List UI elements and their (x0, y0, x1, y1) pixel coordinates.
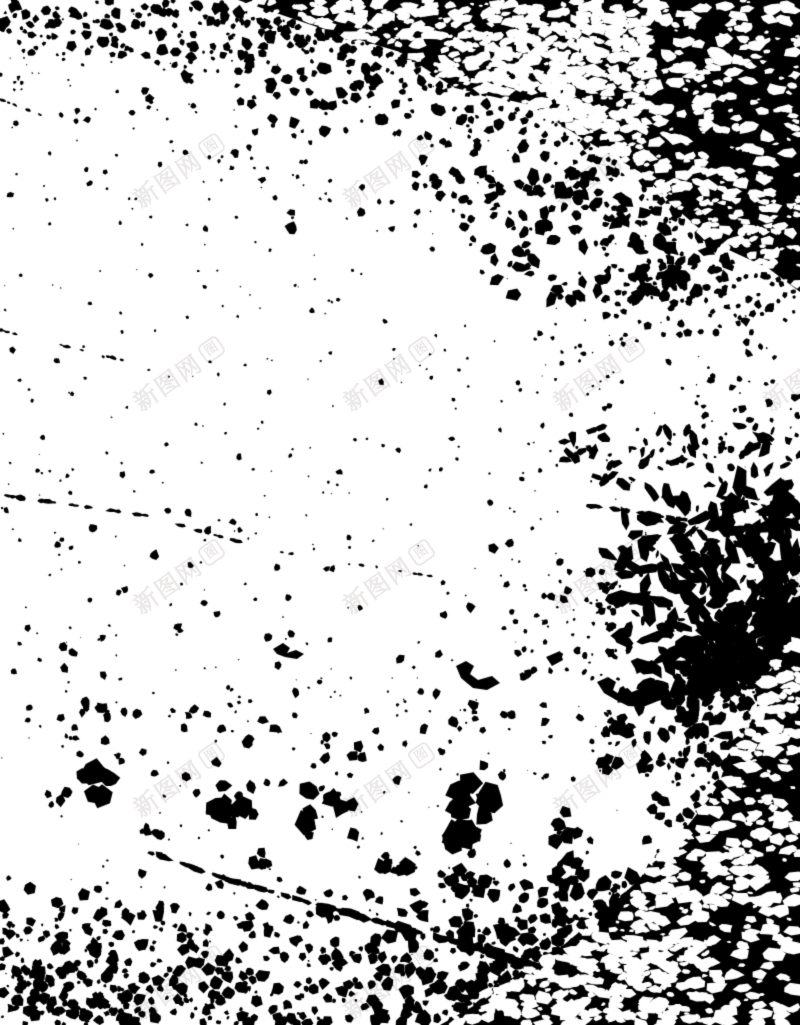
grunge-texture-canvas (0, 0, 800, 1025)
grunge-texture-image: 新图网图新图网图新图网图新图网图新图网图新图网图新图网图新图网图新图网图新图网图… (0, 0, 800, 1025)
